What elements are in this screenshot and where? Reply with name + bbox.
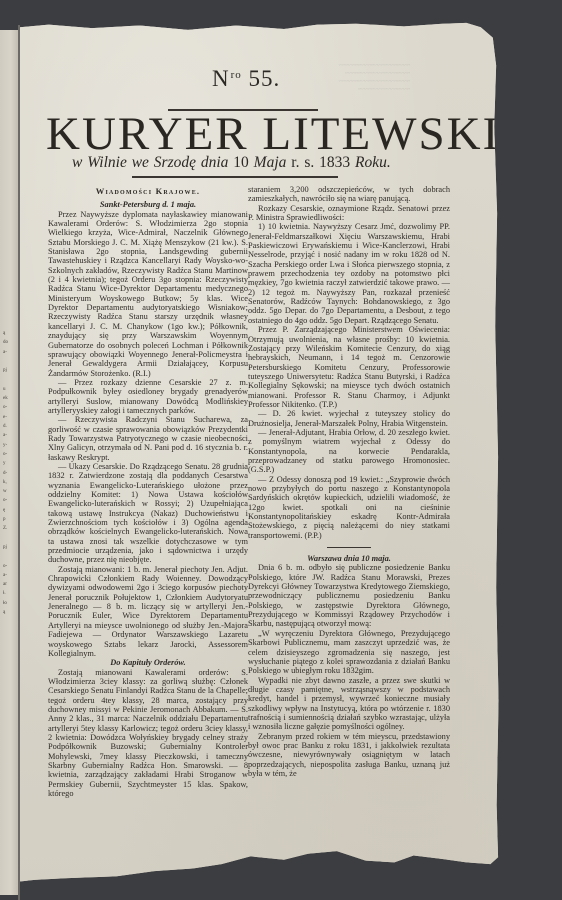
column-left: Wiadomości Krajowe. Sankt-Petersburg d. … xyxy=(48,185,248,798)
adjacent-page-text-fragment: y- xyxy=(3,442,7,450)
adjacent-page-text-fragment: d. xyxy=(3,423,7,431)
article-paragraph: Rozkazy Cesarskie, oznaymione Rządz. Sen… xyxy=(248,204,450,223)
article-paragraph: Zostają mianowani Kawalerami orderów: S.… xyxy=(48,668,248,799)
adjacent-page-strip: ądoa-pjueko-e-d.a-y-o-yd-k,wo-ępZ.pjo-a-… xyxy=(0,30,18,895)
adjacent-page-text-fragment: ek xyxy=(3,395,8,403)
adjacent-page-text-fragment: d- xyxy=(3,470,7,478)
article-paragraph: Wypadki nie zbyt dawno zaszłe, a przez s… xyxy=(248,676,450,732)
article-paragraph: Zebranym przed rokiem w tém mieyscu, prz… xyxy=(248,732,450,779)
adjacent-page-text-fragment: a- xyxy=(3,572,7,580)
adjacent-page-text-fragment: p xyxy=(3,516,6,524)
dateline-warszawa: Warszawa dnia 10 maja. xyxy=(248,554,450,563)
dateline-abbr: r. s. xyxy=(291,154,314,171)
left-paragraphs-2: Zostają mianowani Kawalerami orderów: S.… xyxy=(48,668,248,799)
section-divider xyxy=(327,547,371,548)
dateline-sankt-petersburg: Sankt-Petersburg d. 1 maja. xyxy=(48,200,248,209)
dateline-kapitula-orderow: Do Kapituły Orderów. xyxy=(48,658,248,667)
right-paragraphs-2: Dnia 6 b. m. odbyło się publiczne posied… xyxy=(248,563,450,778)
right-paragraphs: staraniem 3,200 odszczepieńców, w tych d… xyxy=(248,185,450,540)
article-paragraph: — Rzeczywista Radczyni Stanu Sucharewa, … xyxy=(48,415,248,462)
adjacent-page-text-fragment: ę xyxy=(3,507,5,515)
issue-sup: ro xyxy=(231,69,242,81)
adjacent-page-text-fragment: a- xyxy=(3,432,7,440)
adjacent-page-text-fragment: o- xyxy=(3,451,7,459)
newspaper-page: ~~~~~~~~~~~~~~~~~~~~~~ ~~~~~~~~~~~~~~~~~… xyxy=(20,22,500,892)
adjacent-page-text-fragment: e- xyxy=(3,414,7,422)
adjacent-page-text-fragment: o- xyxy=(3,404,7,412)
adjacent-page-text-fragment: k, xyxy=(3,479,7,487)
article-paragraph: Przez P. Zarządzającego Ministerstwem Oś… xyxy=(248,325,450,409)
article-paragraph: — Z Odessy donoszą pod 19 kwiet.: „Szypr… xyxy=(248,475,450,540)
adjacent-page-text-fragment: a- xyxy=(3,349,7,357)
adjacent-page-text-fragment: o- xyxy=(3,497,7,505)
issue-dateline: w Wilnie we Srzodę dnia 10 Maja r. s. 18… xyxy=(72,154,391,172)
masthead-rule-bottom xyxy=(132,176,338,178)
adjacent-page-text-fragment: ł. xyxy=(3,590,6,598)
dateline-part: w Wilnie we Srzodę dnia xyxy=(72,154,228,171)
adjacent-page-text-fragment: pj xyxy=(3,367,7,375)
adjacent-page-text-fragment: u xyxy=(3,386,6,394)
adjacent-page-text-fragment: w xyxy=(3,488,7,496)
bleed-through-text: ~~~~~~~~~~~~~~~~~~~~~~ ~~~~~~~~~~~~~~~~~… xyxy=(290,62,410,94)
article-paragraph: — Ukazy Cesarskie. Do Rządzącego Senatu.… xyxy=(48,462,248,565)
section-heading: Wiadomości Krajowe. xyxy=(48,187,248,196)
page-gutter-divider xyxy=(18,25,20,900)
adjacent-page-text-fragment: o- xyxy=(3,563,7,571)
adjacent-page-text-fragment: Z. xyxy=(3,525,7,533)
article-paragraph: 1) 10 kwietnia. Naywyższy Cesarz Jmć, do… xyxy=(248,222,450,325)
article-paragraph: Przez Naywyższe dyplomata nayłaskawiey m… xyxy=(48,210,248,378)
article-paragraph: — Jenerał-Adjutant, Hrabia Orłow, d. 20 … xyxy=(248,428,450,475)
article-paragraph: „W wyręczeniu Dyrektora Głównego, Prezyd… xyxy=(248,629,450,676)
column-right: staraniem 3,200 odszczepieńców, w tych d… xyxy=(248,185,450,778)
article-paragraph: — Przez rozkazy dzienne Cesarskie 27 z. … xyxy=(48,378,248,415)
adjacent-page-text-fragment: ą xyxy=(3,330,5,338)
article-paragraph: Dnia 6 b. m. odbyło się publiczne posied… xyxy=(248,563,450,628)
left-paragraphs: Przez Naywyższe dyplomata nayłaskawiey m… xyxy=(48,210,248,659)
adjacent-page-text-fragment: pj xyxy=(3,544,7,552)
dateline-roku: Roku. xyxy=(355,154,391,171)
issue-prefix: N xyxy=(212,66,230,91)
dateline-month: Maja xyxy=(254,154,287,171)
adjacent-page-text-fragment: ar xyxy=(3,581,7,589)
dateline-year: 1833 xyxy=(319,154,350,171)
dateline-day: 10 xyxy=(233,154,249,171)
newspaper-title: KURYER LITEWSKI. xyxy=(46,110,456,158)
article-paragraph: Zostają mianowani: 1 b. m. Jenerał piech… xyxy=(48,565,248,658)
adjacent-page-text-fragment: do xyxy=(3,339,8,347)
issue-number: Nro 55. xyxy=(212,66,280,92)
article-paragraph: — D. 26 kwiet. wyjechał z tuteyszey stol… xyxy=(248,409,450,428)
adjacent-page-text-fragment: ło xyxy=(3,600,7,608)
issue-value: 55. xyxy=(249,66,281,91)
article-paragraph: staraniem 3,200 odszczepieńców, w tych d… xyxy=(248,185,450,204)
adjacent-page-text-fragment: y xyxy=(3,460,6,468)
adjacent-page-text-fragment: ą xyxy=(3,609,5,617)
